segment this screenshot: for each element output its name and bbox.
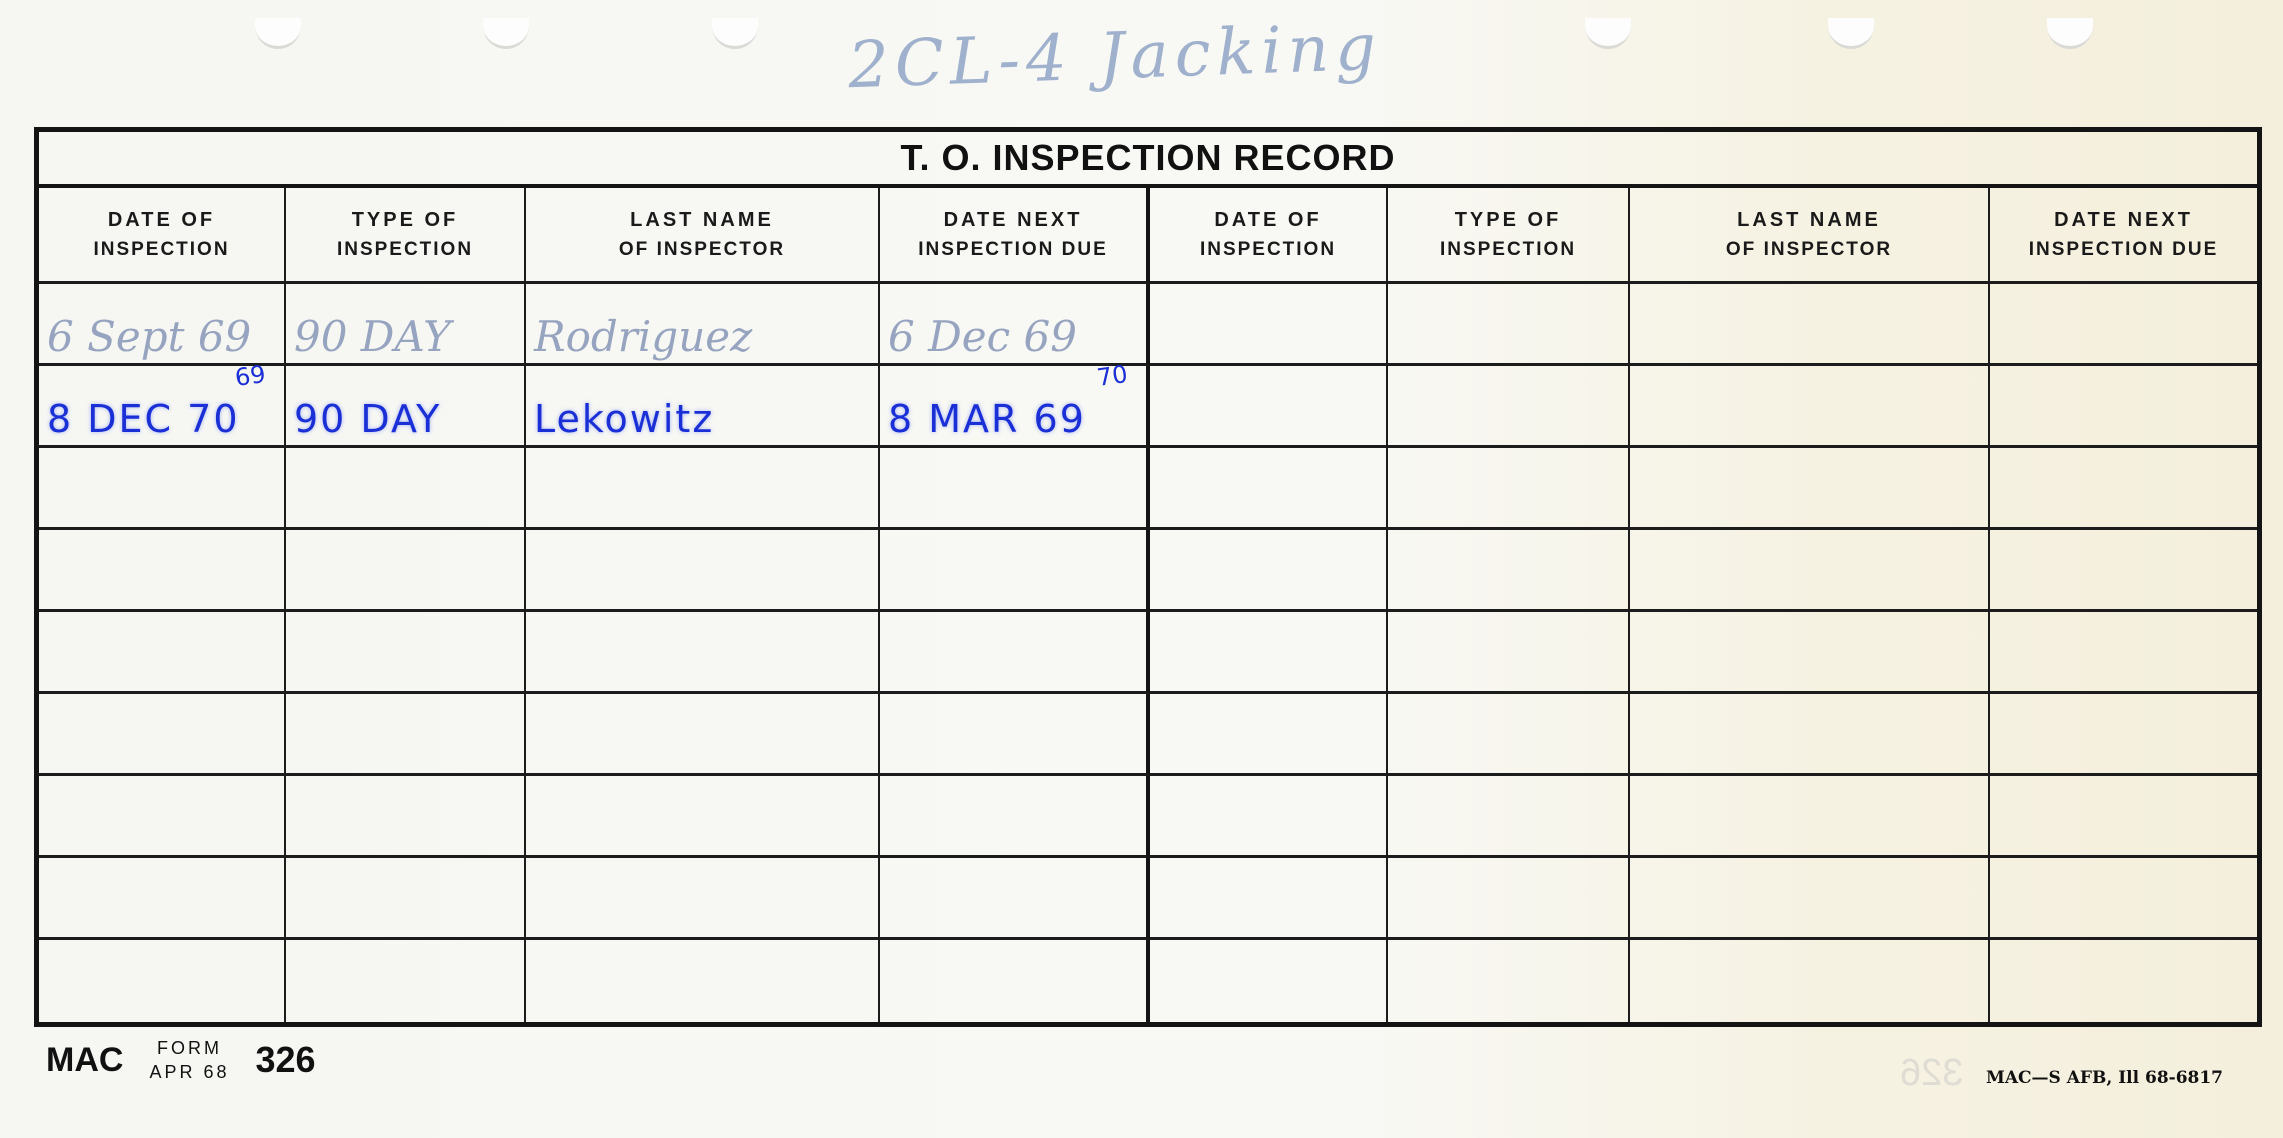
binder-hole: [483, 18, 529, 49]
header-date-next-inspection-due-right: DATE NEXTINSPECTION DUE: [1990, 188, 2257, 284]
header-date-next-inspection-due: DATE NEXTINSPECTION DUE: [880, 188, 1150, 284]
empty-cell[interactable]: [1990, 940, 2257, 1022]
inspection-grid: DATE OFINSPECTION TYPE OFINSPECTION LAST…: [39, 188, 2257, 1022]
header-last-name-of-inspector: LAST NAMEOF INSPECTOR: [526, 188, 880, 284]
empty-cell[interactable]: [286, 858, 526, 940]
empty-cell[interactable]: [39, 858, 286, 940]
date-correction: 69: [234, 360, 268, 392]
empty-cell[interactable]: [526, 776, 880, 858]
entry-1-next-due[interactable]: 6 Dec 69: [880, 284, 1150, 366]
empty-cell[interactable]: [1388, 776, 1630, 858]
empty-cell[interactable]: [1150, 776, 1388, 858]
empty-cell[interactable]: [1630, 694, 1990, 776]
empty-cell[interactable]: [39, 612, 286, 694]
empty-cell[interactable]: [1388, 940, 1630, 1022]
empty-cell[interactable]: [526, 530, 880, 612]
empty-cell[interactable]: [286, 530, 526, 612]
empty-cell[interactable]: [286, 940, 526, 1022]
inspection-record-form: T. O. INSPECTION RECORD DATE OFINSPECTIO…: [34, 127, 2262, 1027]
empty-cell[interactable]: [39, 940, 286, 1022]
empty-cell[interactable]: [1150, 694, 1388, 776]
entry-2-type[interactable]: 90 DAY: [286, 366, 526, 448]
empty-cell[interactable]: [1630, 448, 1990, 530]
empty-cell[interactable]: [1630, 366, 1990, 448]
empty-cell[interactable]: [1630, 940, 1990, 1022]
empty-cell[interactable]: [1990, 530, 2257, 612]
empty-cell[interactable]: [880, 858, 1150, 940]
next-due-correction: 70: [1096, 360, 1130, 392]
empty-cell[interactable]: [526, 448, 880, 530]
header-date-of-inspection: DATE OFINSPECTION: [39, 188, 286, 284]
binder-hole: [2047, 18, 2093, 49]
empty-cell[interactable]: [39, 776, 286, 858]
empty-cell[interactable]: [1630, 284, 1990, 366]
empty-cell[interactable]: [526, 858, 880, 940]
empty-cell[interactable]: [39, 448, 286, 530]
empty-cell[interactable]: [1150, 858, 1388, 940]
empty-cell[interactable]: [880, 694, 1150, 776]
binder-hole: [255, 18, 301, 49]
empty-cell[interactable]: [1150, 530, 1388, 612]
header-type-of-inspection-right: TYPE OFINSPECTION: [1388, 188, 1630, 284]
handwritten-title: 2CL-4 Jacking: [847, 11, 1383, 104]
empty-cell[interactable]: [880, 612, 1150, 694]
empty-cell[interactable]: [1150, 612, 1388, 694]
empty-cell[interactable]: [526, 940, 880, 1022]
binder-hole: [1585, 18, 1631, 49]
form-label-block: FORM APR 68: [149, 1036, 229, 1084]
entry-1-date[interactable]: 6 Sept 69: [39, 284, 286, 366]
printer-imprint: MAC—S AFB, Ill 68-6817: [1986, 1068, 2223, 1088]
entry-2-next-due[interactable]: 708 MAR 69: [880, 366, 1150, 448]
form-label: FORM: [157, 1036, 222, 1060]
empty-cell[interactable]: [880, 940, 1150, 1022]
empty-cell[interactable]: [286, 612, 526, 694]
empty-cell[interactable]: [1990, 612, 2257, 694]
empty-cell[interactable]: [286, 776, 526, 858]
entry-2-inspector[interactable]: Lekowitz: [526, 366, 880, 448]
empty-cell[interactable]: [286, 448, 526, 530]
empty-cell[interactable]: [1388, 612, 1630, 694]
form-identifier: MAC FORM APR 68 326: [46, 1036, 316, 1084]
empty-cell[interactable]: [880, 448, 1150, 530]
empty-cell[interactable]: [286, 694, 526, 776]
form-number: 326: [255, 1039, 315, 1081]
empty-cell[interactable]: [39, 530, 286, 612]
header-last-name-of-inspector-right: LAST NAMEOF INSPECTOR: [1630, 188, 1990, 284]
form-date: APR 68: [149, 1060, 229, 1084]
empty-cell[interactable]: [526, 612, 880, 694]
empty-cell[interactable]: [1990, 858, 2257, 940]
binder-hole: [1828, 18, 1874, 49]
agency-label: MAC: [46, 1041, 123, 1080]
bleed-through-form-number: 326: [1900, 1052, 1963, 1095]
empty-cell[interactable]: [1990, 694, 2257, 776]
entry-2-date[interactable]: 698 DEC 70: [39, 366, 286, 448]
empty-cell[interactable]: [1150, 940, 1388, 1022]
empty-cell[interactable]: [880, 776, 1150, 858]
empty-cell[interactable]: [1630, 612, 1990, 694]
binder-hole: [712, 18, 758, 49]
empty-cell[interactable]: [1388, 448, 1630, 530]
entry-1-type[interactable]: 90 DAY: [286, 284, 526, 366]
header-type-of-inspection: TYPE OFINSPECTION: [286, 188, 526, 284]
entry-1-inspector[interactable]: Rodriguez: [526, 284, 880, 366]
empty-cell[interactable]: [1388, 530, 1630, 612]
empty-cell[interactable]: [1990, 776, 2257, 858]
empty-cell[interactable]: [1150, 366, 1388, 448]
empty-cell[interactable]: [1630, 776, 1990, 858]
empty-cell[interactable]: [1990, 448, 2257, 530]
empty-cell[interactable]: [39, 694, 286, 776]
empty-cell[interactable]: [1388, 366, 1630, 448]
header-date-of-inspection-right: DATE OFINSPECTION: [1150, 188, 1388, 284]
empty-cell[interactable]: [1990, 284, 2257, 366]
empty-cell[interactable]: [1388, 694, 1630, 776]
empty-cell[interactable]: [1630, 530, 1990, 612]
empty-cell[interactable]: [1990, 366, 2257, 448]
empty-cell[interactable]: [880, 530, 1150, 612]
empty-cell[interactable]: [1150, 448, 1388, 530]
empty-cell[interactable]: [1388, 284, 1630, 366]
form-title: T. O. INSPECTION RECORD: [39, 132, 2257, 188]
empty-cell[interactable]: [526, 694, 880, 776]
empty-cell[interactable]: [1388, 858, 1630, 940]
empty-cell[interactable]: [1630, 858, 1990, 940]
empty-cell[interactable]: [1150, 284, 1388, 366]
